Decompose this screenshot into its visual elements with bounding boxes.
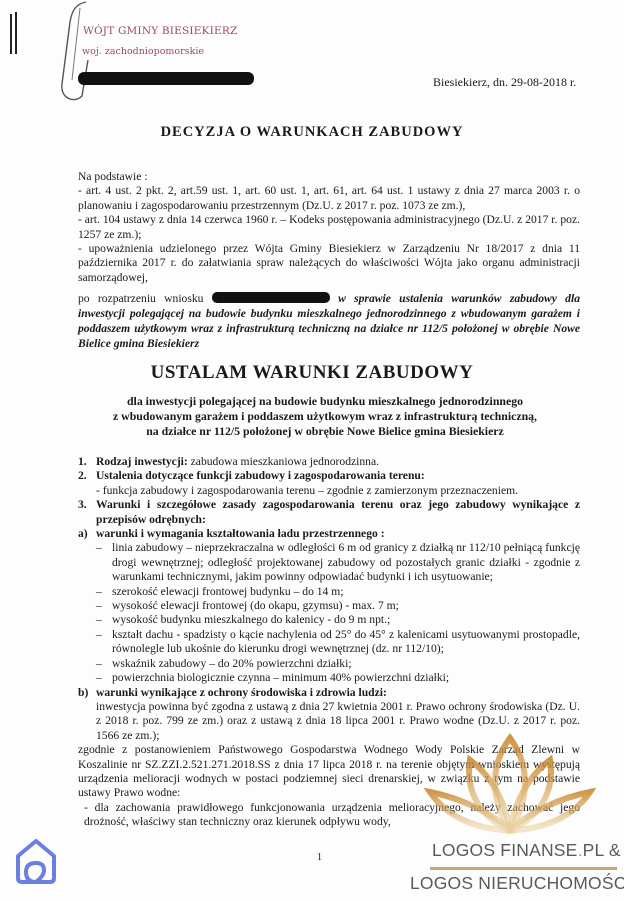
decision-heading: USTALAM WARUNKI ZABUDOWY [0,362,624,384]
subheading-line: dla inwestycji polegającej na budowie bu… [80,394,570,409]
lotus-logo-icon [410,730,610,840]
home-logo-icon [14,838,58,886]
section-3: 3. Warunki i szczegółowe zasady zagospod… [78,498,580,527]
document-title: DECYZJA O WARUNKACH ZABUDOWY [0,124,624,141]
scan-edge-mark [15,12,17,54]
legal-basis-intro: Na podstawie : [78,170,580,184]
scan-edge-mark [10,14,12,54]
section-text: zabudowa mieszkaniowa jednorodzinna. [188,455,379,468]
subsection-b: b) warunki wynikające z ochrony środowis… [78,686,580,700]
redacted-reference [78,72,254,85]
bullet-dash: – [96,585,112,599]
requirement-text: szerokość elewacji frontowej budynku – d… [112,585,580,599]
stamp-authority: WÓJT GMINY BIESIEKIERZ [83,25,238,37]
requirement-text: powierzchnia biologicznie czynna – minim… [112,671,580,685]
bullet-dash: – [96,541,112,584]
subheading-line: z wbudowanym garażem i poddaszem użytkow… [80,409,570,424]
subheading-line: na działce nr 112/5 położonej w obrębie … [80,424,570,439]
page-number: 1 [317,852,322,863]
document-page: WÓJT GMINY BIESIEKIERZ woj. zachodniopom… [0,0,624,900]
bullet-dash: – [96,657,112,671]
requirement-text: kształt dachu - spadzisty o kącie nachyl… [112,628,580,657]
section-number: 2. [78,469,96,483]
brand-logos-finanse: LOGOS FINANSE.PL & [432,840,621,861]
subsection-letter: a) [78,527,96,541]
stamp-region: woj. zachodniopomorskie [82,46,204,57]
brand-text: PL & [583,840,621,860]
bullet-dash: – [96,671,112,685]
subsection-letter: b) [78,686,96,700]
subsection-label: warunki wynikające z ochrony środowiska … [96,686,387,700]
bullet-dash: – [96,613,112,627]
requirement-item: –szerokość elewacji frontowej budynku – … [78,585,580,599]
request-prefix: po rozpatrzeniu wniosku [78,292,203,305]
brand-text: LOGOS FINANSE [432,840,578,860]
brand-logos-nieruchomosci: LOGOS NIERUCHOMOŚCI [410,873,624,894]
place-date: Biesiekierz, dn. 29-08-2018 r. [433,75,576,90]
legal-basis-item: - upoważnienia udzielonego przez Wójta G… [78,242,580,285]
spatial-requirements: –linia zabudowy – nieprzekraczalna w odl… [78,541,580,685]
legal-basis-item: - art. 104 ustawy z dnia 14 czerwca 1960… [78,213,580,242]
requirement-item: –wskaźnik zabudowy – do 20% powierzchni … [78,657,580,671]
legal-basis: Na podstawie : - art. 4 ust. 2 pkt. 2, a… [78,170,580,285]
section-label: Ustalenia dotyczące funkcji zabudowy i z… [96,469,425,483]
decision-subheading: dla inwestycji polegającej na budowie bu… [80,394,570,439]
requirement-item: –linia zabudowy – nieprzekraczalna w odl… [78,541,580,584]
requirement-item: –powierzchnia biologicznie czynna – mini… [78,671,580,685]
bullet-dash: – [96,628,112,657]
section-label: Rodzaj inwestycji: [96,455,188,468]
requirement-item: –wysokość elewacji frontowej (do okapu, … [78,599,580,613]
bullet-dash: – [96,599,112,613]
requirement-item: –wysokość budynku mieszkalnego do kaleni… [78,613,580,627]
requirement-text: wysokość elewacji frontowej (do okapu, g… [112,599,580,613]
redacted-applicant [212,292,330,303]
legal-basis-item: - art. 4 ust. 2 pkt. 2, art.59 ust. 1, a… [78,184,580,213]
subsection-a: a) warunki i wymagania kształtowania ład… [78,527,580,541]
requirement-text: linia zabudowy – nieprzekraczalna w odle… [112,541,580,584]
section-2: 2. Ustalenia dotyczące funkcji zabudowy … [78,469,580,483]
section-number: 3. [78,498,96,527]
section-label: Warunki i szczegółowe zasady zagospodaro… [96,498,580,527]
requirement-text: wskaźnik zabudowy – do 20% powierzchni d… [112,657,580,671]
requirement-text: wysokość budynku mieszkalnego do kalenic… [112,613,580,627]
section-text: - funkcja zabudowy i zagospodarowania te… [78,484,580,498]
section-number: 1. [78,455,96,469]
requirement-item: –kształt dachu - spadzisty o kącie nachy… [78,628,580,657]
request-paragraph: po rozpatrzeniu wniosku w sprawie ustale… [78,291,580,351]
brand-divider [430,867,617,870]
section-1: 1. Rodzaj inwestycji: zabudowa mieszkani… [78,455,580,469]
subsection-label: warunki i wymagania kształtowania ładu p… [96,527,385,541]
